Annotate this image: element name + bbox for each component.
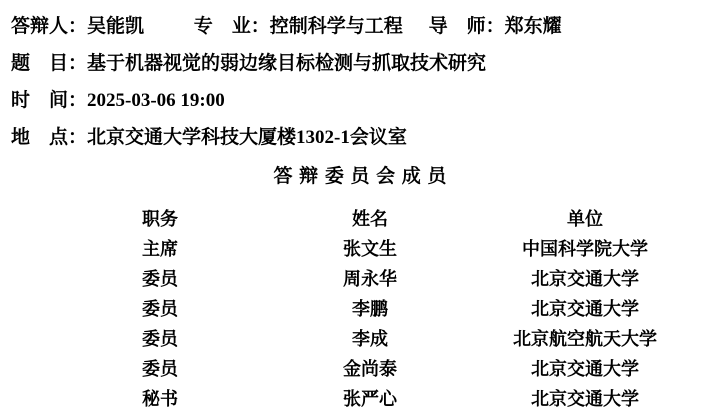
column-header-role: 职务 [60,204,260,234]
thesis-title-line: 题 目：基于机器视觉的弱边缘目标检测与抓取技术研究 [11,45,720,82]
column-header-name: 姓名 [260,204,480,234]
member-name: 金尚泰 [260,354,480,384]
defender-major-advisor-line: 答辩人：吴能凯 专 业：控制科学与工程 导 师：郑东耀 [11,8,720,45]
time-line: 时 间：2025-03-06 19:00 [11,82,720,119]
time-label: 时 间： [11,90,87,111]
defense-announcement-document: 答辩人：吴能凯 专 业：控制科学与工程 导 师：郑东耀 题 目：基于机器视觉的弱… [0,0,720,419]
major-value: 控制科学与工程 [270,16,403,37]
time-pair: 时 间：2025-03-06 19:00 [11,82,225,119]
member-name: 李鹏 [260,294,480,324]
defender-pair: 答辩人：吴能凯 [11,8,144,45]
defender-name: 吴能凯 [87,16,144,37]
time-value: 2025-03-06 19:00 [87,90,225,111]
member-name: 周永华 [260,264,480,294]
advisor-label: 导 师： [429,16,505,37]
member-affiliation: 北京交通大学 [480,384,690,414]
title-pair: 题 目：基于机器视觉的弱边缘目标检测与抓取技术研究 [11,45,486,82]
member-affiliation: 北京交通大学 [480,354,690,384]
defender-label: 答辩人： [11,16,87,37]
member-name: 张严心 [260,384,480,414]
table-row: 主席 张文生 中国科学院大学 [0,234,720,264]
defense-info-section: 答辩人：吴能凯 专 业：控制科学与工程 导 师：郑东耀 题 目：基于机器视觉的弱… [0,0,720,156]
column-header-affiliation: 单位 [480,204,690,234]
member-role: 委员 [60,324,260,354]
location-label: 地 点： [11,127,87,148]
location-value: 北京交通大学科技大厦楼1302-1会议室 [87,127,407,148]
table-header-row: 职务 姓名 单位 [0,204,720,234]
location-pair: 地 点：北京交通大学科技大厦楼1302-1会议室 [11,119,407,156]
member-affiliation: 北京交通大学 [480,294,690,324]
location-line: 地 点：北京交通大学科技大厦楼1302-1会议室 [11,119,720,156]
title-label: 题 目： [11,53,87,74]
member-name: 李成 [260,324,480,354]
advisor-name: 郑东耀 [505,16,562,37]
member-role: 委员 [60,264,260,294]
member-role: 秘书 [60,384,260,414]
table-row: 委员 李成 北京航空航天大学 [0,324,720,354]
member-affiliation: 北京航空航天大学 [480,324,690,354]
member-name: 张文生 [260,234,480,264]
table-row: 委员 金尚泰 北京交通大学 [0,354,720,384]
member-role: 委员 [60,294,260,324]
member-affiliation: 中国科学院大学 [480,234,690,264]
advisor-pair: 导 师：郑东耀 [429,8,562,45]
major-pair: 专 业：控制科学与工程 [194,8,403,45]
major-label: 专 业： [194,16,270,37]
member-role: 主席 [60,234,260,264]
table-row: 秘书 张严心 北京交通大学 [0,384,720,414]
committee-table: 职务 姓名 单位 主席 张文生 中国科学院大学 委员 周永华 北京交通大学 委员… [0,204,720,414]
thesis-title: 基于机器视觉的弱边缘目标检测与抓取技术研究 [87,53,486,74]
table-row: 委员 李鹏 北京交通大学 [0,294,720,324]
table-row: 委员 周永华 北京交通大学 [0,264,720,294]
committee-heading: 答辩委员会成员 [0,162,720,192]
member-affiliation: 北京交通大学 [480,264,690,294]
member-role: 委员 [60,354,260,384]
